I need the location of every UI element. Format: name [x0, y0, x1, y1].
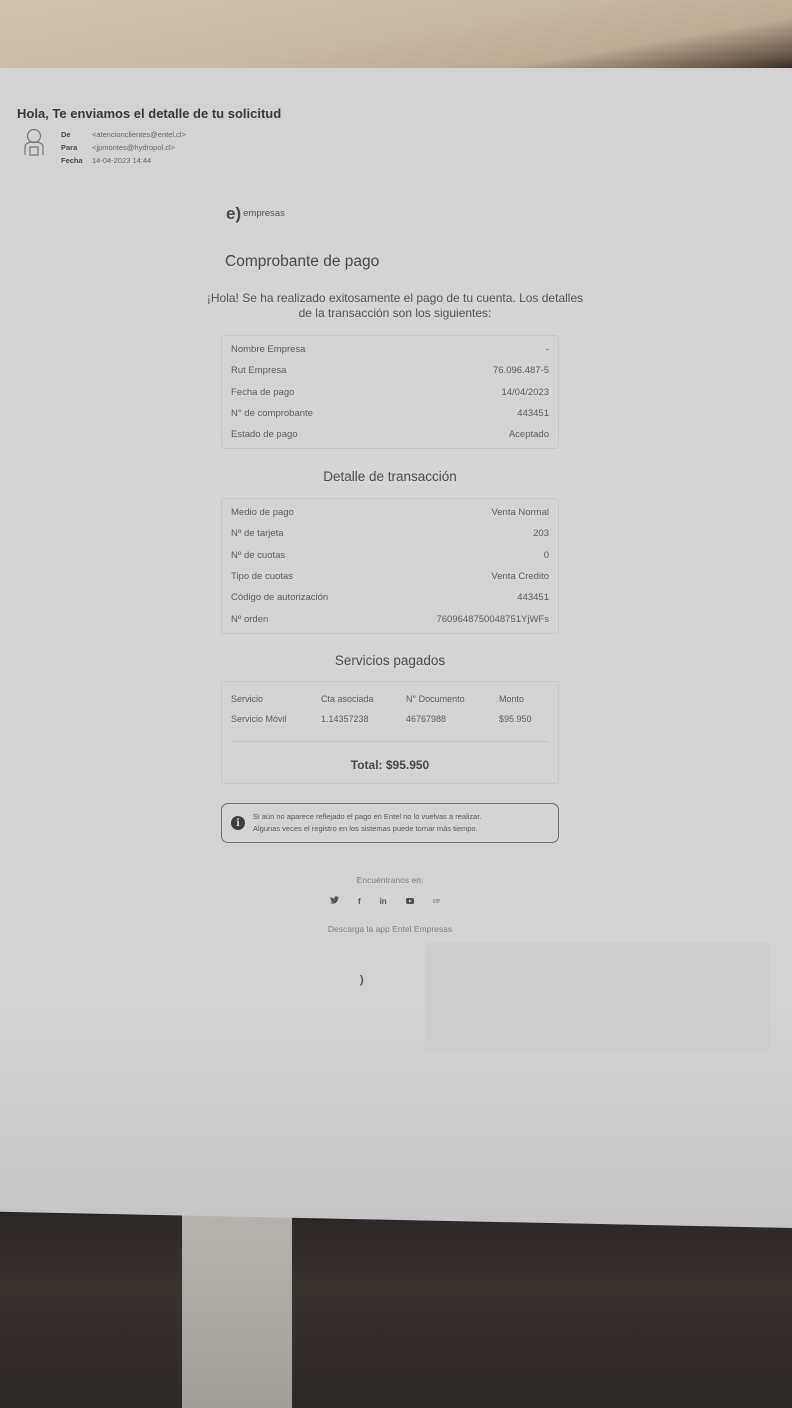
notice-line-1: Si aún no aparece reflejado el pago en E…: [253, 811, 482, 823]
document-number: 46767988: [406, 714, 499, 724]
to-label: Para: [61, 143, 92, 152]
field-label: Rut Empresa: [231, 365, 286, 376]
social-links: f in ce: [330, 896, 440, 906]
email-meta: De <atencionclientes@entel.cl> Para <jpm…: [61, 128, 186, 167]
field-value: 0: [544, 550, 549, 561]
services-header-row: Servicio Cta asociada N° Documento Monto: [231, 689, 549, 709]
column-header: N° Documento: [406, 694, 499, 704]
amount: $95.950: [499, 714, 549, 724]
summary-row: Rut Empresa76.096.487-5: [222, 360, 558, 381]
email-date: 14-04-2023 14:44: [92, 156, 151, 165]
find-us-label: Encuéntranos en:: [221, 875, 559, 885]
divider: [231, 741, 549, 742]
download-app-link[interactable]: Descarga la app Entel Empresas: [221, 924, 559, 934]
email-subject: Hola, Te enviamos el detalle de tu solic…: [17, 106, 281, 121]
app-store-badge-icon[interactable]: ): [360, 974, 364, 986]
transaction-row: Código de autorización443451: [222, 587, 558, 608]
info-icon: i: [231, 816, 245, 830]
youtube-icon[interactable]: [406, 897, 414, 906]
transaction-detail-card: Medio de pagoVenta NormalNº de tarjeta20…: [221, 498, 559, 634]
date-label: Fecha: [61, 156, 92, 165]
notice-text: Si aún no aparece reflejado el pago en E…: [253, 811, 482, 835]
field-value: -: [546, 344, 549, 355]
field-label: Código de autorización: [231, 592, 328, 603]
transaction-row: Medio de pagoVenta Normal: [222, 502, 558, 523]
entel-logo-icon: e): [226, 205, 241, 222]
receipt-intro: ¡Hola! Se ha realizado exitosamente el p…: [205, 291, 585, 321]
field-label: Fecha de pago: [231, 387, 294, 398]
entel-empresas-logo: e) empresas: [226, 205, 285, 222]
receipt-title: Comprobante de pago: [225, 253, 379, 271]
twitter-icon[interactable]: [330, 896, 339, 906]
transaction-row: Nº orden7609648750048751YjWFs: [222, 608, 558, 629]
brand-name: empresas: [243, 208, 285, 219]
transaction-row: Tipo de cuotasVenta Credito: [222, 566, 558, 587]
field-value: 76.096.487-5: [493, 365, 549, 376]
from-address[interactable]: <atencionclientes@entel.cl>: [92, 130, 186, 139]
total-amount: Total: $95.950: [222, 758, 558, 772]
column-header: Servicio: [231, 694, 321, 704]
field-label: N° de comprobante: [231, 408, 313, 419]
services-paid-title: Servicios pagados: [221, 653, 559, 668]
field-value: 443451: [517, 592, 549, 603]
photo-background-floor: [182, 1215, 292, 1408]
field-value: 203: [533, 528, 549, 539]
field-value: 7609648750048751YjWFs: [436, 614, 549, 625]
show-through-shadow: [425, 943, 770, 1053]
facebook-icon[interactable]: f: [358, 897, 361, 906]
table-row: Servicio Móvil 1.14357238 46767988 $95.9…: [231, 709, 549, 729]
summary-row: Estado de pagoAceptado: [222, 424, 558, 445]
service-name: Servicio Móvil: [231, 714, 321, 724]
notice-line-2: Algunas veces el registro en los sistema…: [253, 823, 482, 835]
photo-background-bottom: [0, 1205, 792, 1408]
field-value: Venta Normal: [491, 507, 549, 518]
photo-background-top: [0, 0, 792, 70]
field-label: Tipo de cuotas: [231, 571, 293, 582]
field-label: Estado de pago: [231, 429, 298, 440]
field-label: Nº de tarjeta: [231, 528, 284, 539]
from-label: De: [61, 130, 92, 139]
field-label: Nº de cuotas: [231, 550, 285, 561]
summary-row: Nombre Empresa-: [222, 339, 558, 360]
column-header: Cta asociada: [321, 694, 406, 704]
field-value: Venta Credito: [491, 571, 549, 582]
transaction-detail-title: Detalle de transacción: [221, 469, 559, 484]
field-label: Nº orden: [231, 614, 268, 625]
payment-notice: i Si aún no aparece reflejado el pago en…: [221, 803, 559, 843]
field-label: Nombre Empresa: [231, 344, 305, 355]
column-header: Monto: [499, 694, 549, 704]
field-value: Aceptado: [509, 429, 549, 440]
associated-account: 1.14357238: [321, 714, 406, 724]
field-label: Medio de pago: [231, 507, 294, 518]
linkedin-icon[interactable]: in: [380, 897, 387, 906]
summary-row: Fecha de pago14/04/2023: [222, 382, 558, 403]
payment-summary-card: Nombre Empresa-Rut Empresa76.096.487-5Fe…: [221, 335, 559, 449]
email-date-row: Fecha 14-04-2023 14:44: [61, 154, 186, 167]
field-value: 443451: [517, 408, 549, 419]
email-to-row: Para <jpmontes@hydropol.cl>: [61, 141, 186, 154]
printed-page: Hola, Te enviamos el detalle de tu solic…: [0, 68, 792, 1228]
transaction-row: Nº de cuotas0: [222, 545, 558, 566]
transaction-row: Nº de tarjeta203: [222, 523, 558, 544]
services-paid-card: Servicio Cta asociada N° Documento Monto…: [221, 681, 559, 784]
summary-row: N° de comprobante443451: [222, 403, 558, 424]
services-table: Servicio Cta asociada N° Documento Monto…: [222, 682, 558, 729]
email-from-row: De <atencionclientes@entel.cl>: [61, 128, 186, 141]
user-avatar-icon: [22, 128, 46, 160]
blog-icon[interactable]: ce: [433, 898, 440, 905]
field-value: 14/04/2023: [501, 387, 549, 398]
to-address[interactable]: <jpmontes@hydropol.cl>: [92, 143, 175, 152]
